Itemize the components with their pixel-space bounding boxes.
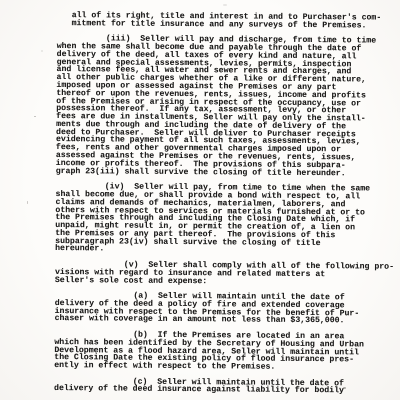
paragraph-clause-a: (a) Seller will maintain until the date … (55, 292, 394, 326)
paragraph-subparagraph-v: (v) Seller shall comply with all of the … (55, 261, 394, 287)
paragraph-subparagraph-iii: (iii) Seller will pay and discharge, fro… (56, 35, 396, 178)
scan-speck (41, 50, 43, 52)
scan-speck (27, 201, 28, 204)
scan-speck (223, 4, 227, 6)
paragraph-clause-b: (b) If the Premises are located in an ar… (54, 331, 393, 373)
scan-speck (343, 387, 346, 389)
document-page: all of its right, title and interest in … (0, 0, 400, 400)
document-text-block: all of its right, title and interest in … (54, 12, 396, 400)
scan-speck (34, 116, 36, 117)
paragraph-continuation: all of its right, title and interest in … (57, 12, 396, 30)
paragraph-subparagraph-iv: (iv) Seller will pay, from time to time … (55, 183, 395, 256)
